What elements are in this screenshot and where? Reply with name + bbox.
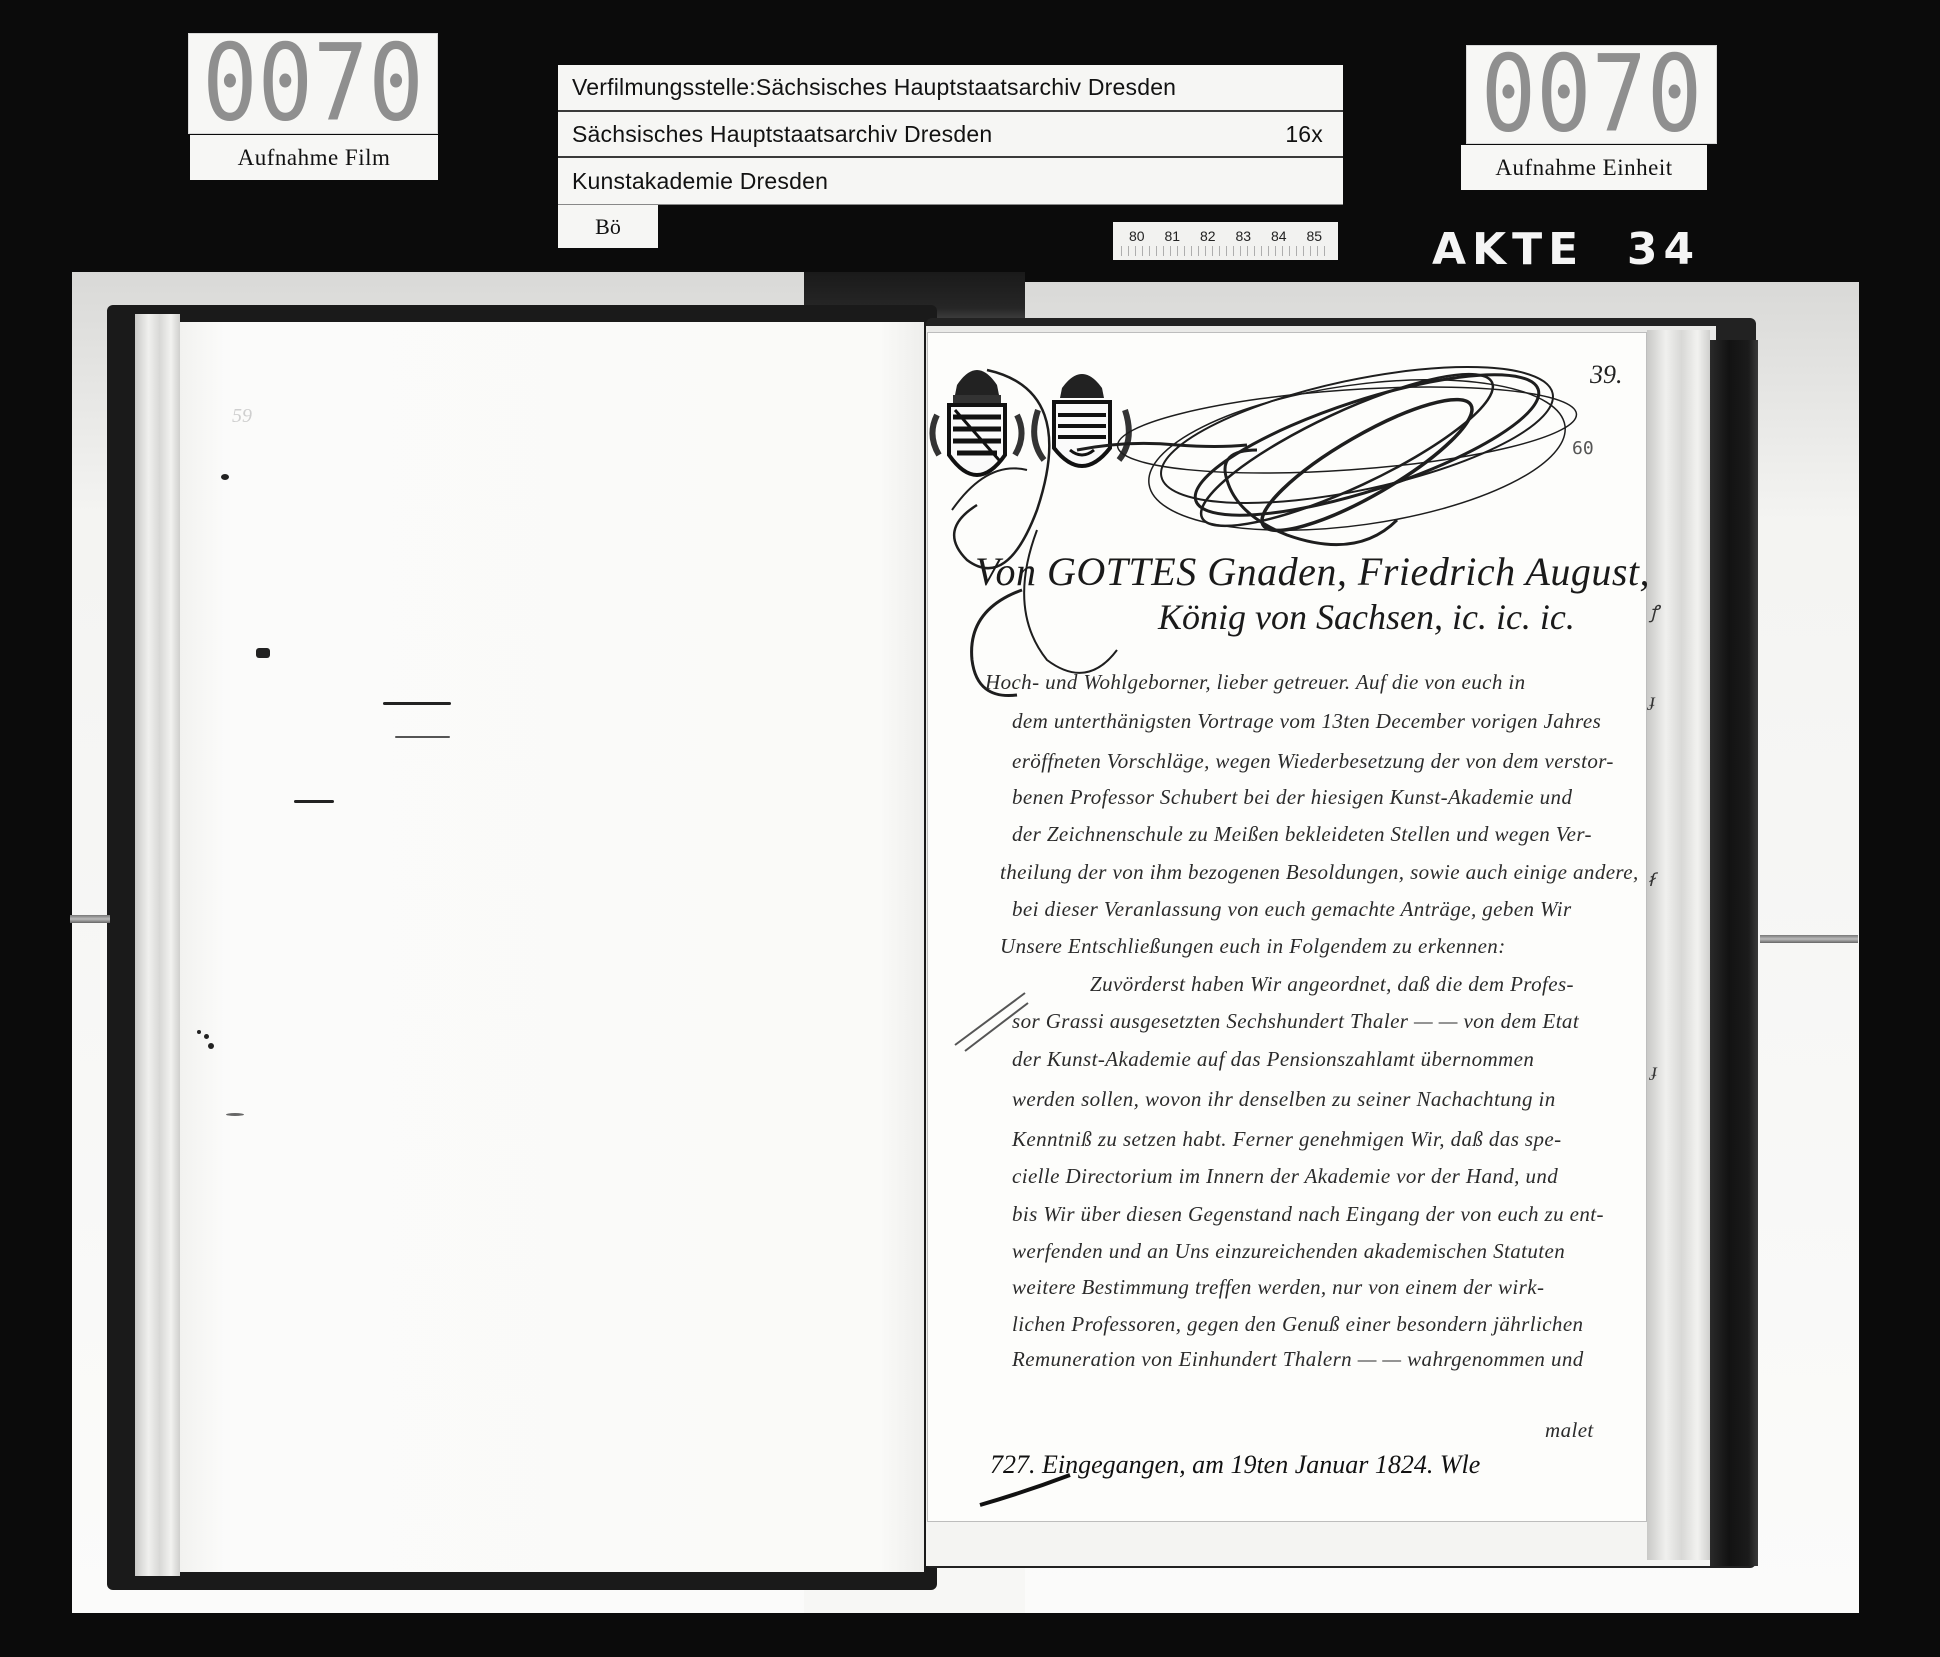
ink-dash (395, 736, 450, 738)
letter-line: benen Professor Schubert bei der hiesige… (1012, 785, 1572, 810)
margin-annotation: ɟ (1650, 690, 1655, 711)
ink-dot (208, 1043, 214, 1049)
ruler-ticks (1121, 246, 1330, 256)
left-page (180, 322, 924, 1572)
info-row-collection: Kunstakademie Dresden (558, 158, 1343, 205)
letter-line: Unsere Entschließungen euch in Folgendem… (1000, 934, 1506, 959)
ghost-folio-number: 59 (232, 405, 252, 428)
letter-line: cielle Directorium im Innern der Akademi… (1012, 1164, 1558, 1189)
film-counter-display: 0070 (188, 33, 438, 134)
ruler-mark: 83 (1235, 228, 1251, 244)
page-edges-right (1647, 330, 1710, 1560)
ink-dash (383, 702, 451, 705)
margin-strikethrough-icon (950, 985, 1030, 1055)
letter-line: theilung der von ihm bezogenen Besoldung… (1000, 860, 1639, 885)
letter-line: eröffneten Vorschläge, wegen Wiederbeset… (1012, 749, 1614, 774)
letter-line: Zuvörderst haben Wir angeordnet, daß die… (1090, 972, 1574, 997)
info-row-filming-office: Verfilmungsstelle:Sächsisches Hauptstaat… (558, 65, 1343, 112)
archive-info-panel: Verfilmungsstelle:Sächsisches Hauptstaat… (558, 65, 1343, 205)
letter-heading-line1: Von GOTTES Gnaden, Friedrich August, (975, 548, 1650, 595)
margin-annotation: ɟ (1652, 1060, 1657, 1081)
film-counter-digits: 0070 (189, 27, 437, 141)
reduction-ratio: 16x (1285, 121, 1323, 148)
unit-counter-label: Aufnahme Einheit (1461, 145, 1707, 190)
ruler-mark: 80 (1129, 228, 1145, 244)
book-binding-spine (1710, 340, 1758, 1566)
ink-dot (204, 1034, 209, 1039)
ruler-mark: 82 (1200, 228, 1216, 244)
info-row-text: Verfilmungsstelle:Sächsisches Hauptstaat… (572, 74, 1176, 101)
ink-spot (221, 474, 229, 480)
letter-line: Remuneration von Einhundert Thalern — — … (1012, 1347, 1584, 1372)
ruler-mark: 81 (1164, 228, 1180, 244)
info-row-archive: Sächsisches Hauptstaatsarchiv Dresden 16… (558, 112, 1343, 158)
ruler-mark: 85 (1306, 228, 1322, 244)
file-number-label: AKTE 34 (1432, 224, 1700, 275)
letter-heading-line2: König von Sachsen, ic. ic. ic. (1158, 596, 1575, 638)
scale-ruler: 80 81 82 83 84 85 (1113, 222, 1338, 260)
letter-line: werden sollen, wovon ihr denselben zu se… (1012, 1087, 1556, 1112)
letter-line: sor Grassi ausgesetzten Sechshundert Tha… (1012, 1009, 1579, 1034)
margin-annotation: ẜ (1648, 870, 1654, 891)
ruler-mark: 84 (1271, 228, 1287, 244)
receipt-underline-stroke-icon (975, 1470, 1095, 1510)
letter-line: der Zeichnenschule zu Meißen bekleideten… (1012, 822, 1592, 847)
calligraphic-flourish-icon (927, 330, 1647, 710)
ruler-marks: 80 81 82 83 84 85 (1113, 222, 1338, 244)
unit-counter-display: 0070 (1466, 45, 1717, 144)
binding-tape-right (1760, 935, 1858, 943)
page-stack-left (135, 314, 180, 1576)
ink-dash (294, 800, 334, 803)
letter-line: bei dieser Veranlassung von euch gemacht… (1012, 897, 1572, 922)
letter-line: Hoch- und Wohlgeborner, lieber getreuer.… (985, 670, 1526, 695)
ink-spot (256, 648, 270, 658)
operator-initials: Bö (558, 205, 658, 248)
info-row-text: Kunstakademie Dresden (572, 168, 828, 195)
catchword: malet (1545, 1418, 1594, 1443)
folio-number: 39. (1590, 360, 1623, 390)
letter-line: werfenden und an Uns einzureichenden aka… (1012, 1239, 1565, 1264)
letter-line: weitere Bestimmung treffen werden, nur v… (1012, 1275, 1544, 1300)
film-counter-label: Aufnahme Film (190, 135, 438, 180)
letter-line: Kenntniß zu setzen habt. Ferner genehmig… (1012, 1127, 1562, 1152)
ink-dot (197, 1030, 201, 1034)
letter-line: dem unterthänigsten Vortrage vom 13ten D… (1012, 709, 1601, 734)
margin-annotation: ꝭ (1650, 600, 1659, 624)
unit-counter-digits: 0070 (1467, 39, 1716, 151)
stamped-page-number: 60 (1572, 438, 1594, 459)
letter-line: bis Wir über diesen Gegenstand nach Eing… (1012, 1202, 1604, 1227)
ink-dash (226, 1113, 244, 1116)
binding-tape-left (70, 915, 110, 923)
info-row-text: Sächsisches Hauptstaatsarchiv Dresden (572, 121, 992, 148)
letter-line: der Kunst-Akademie auf das Pensionszahla… (1012, 1047, 1534, 1072)
letter-line: lichen Professoren, gegen den Genuß eine… (1012, 1312, 1583, 1337)
